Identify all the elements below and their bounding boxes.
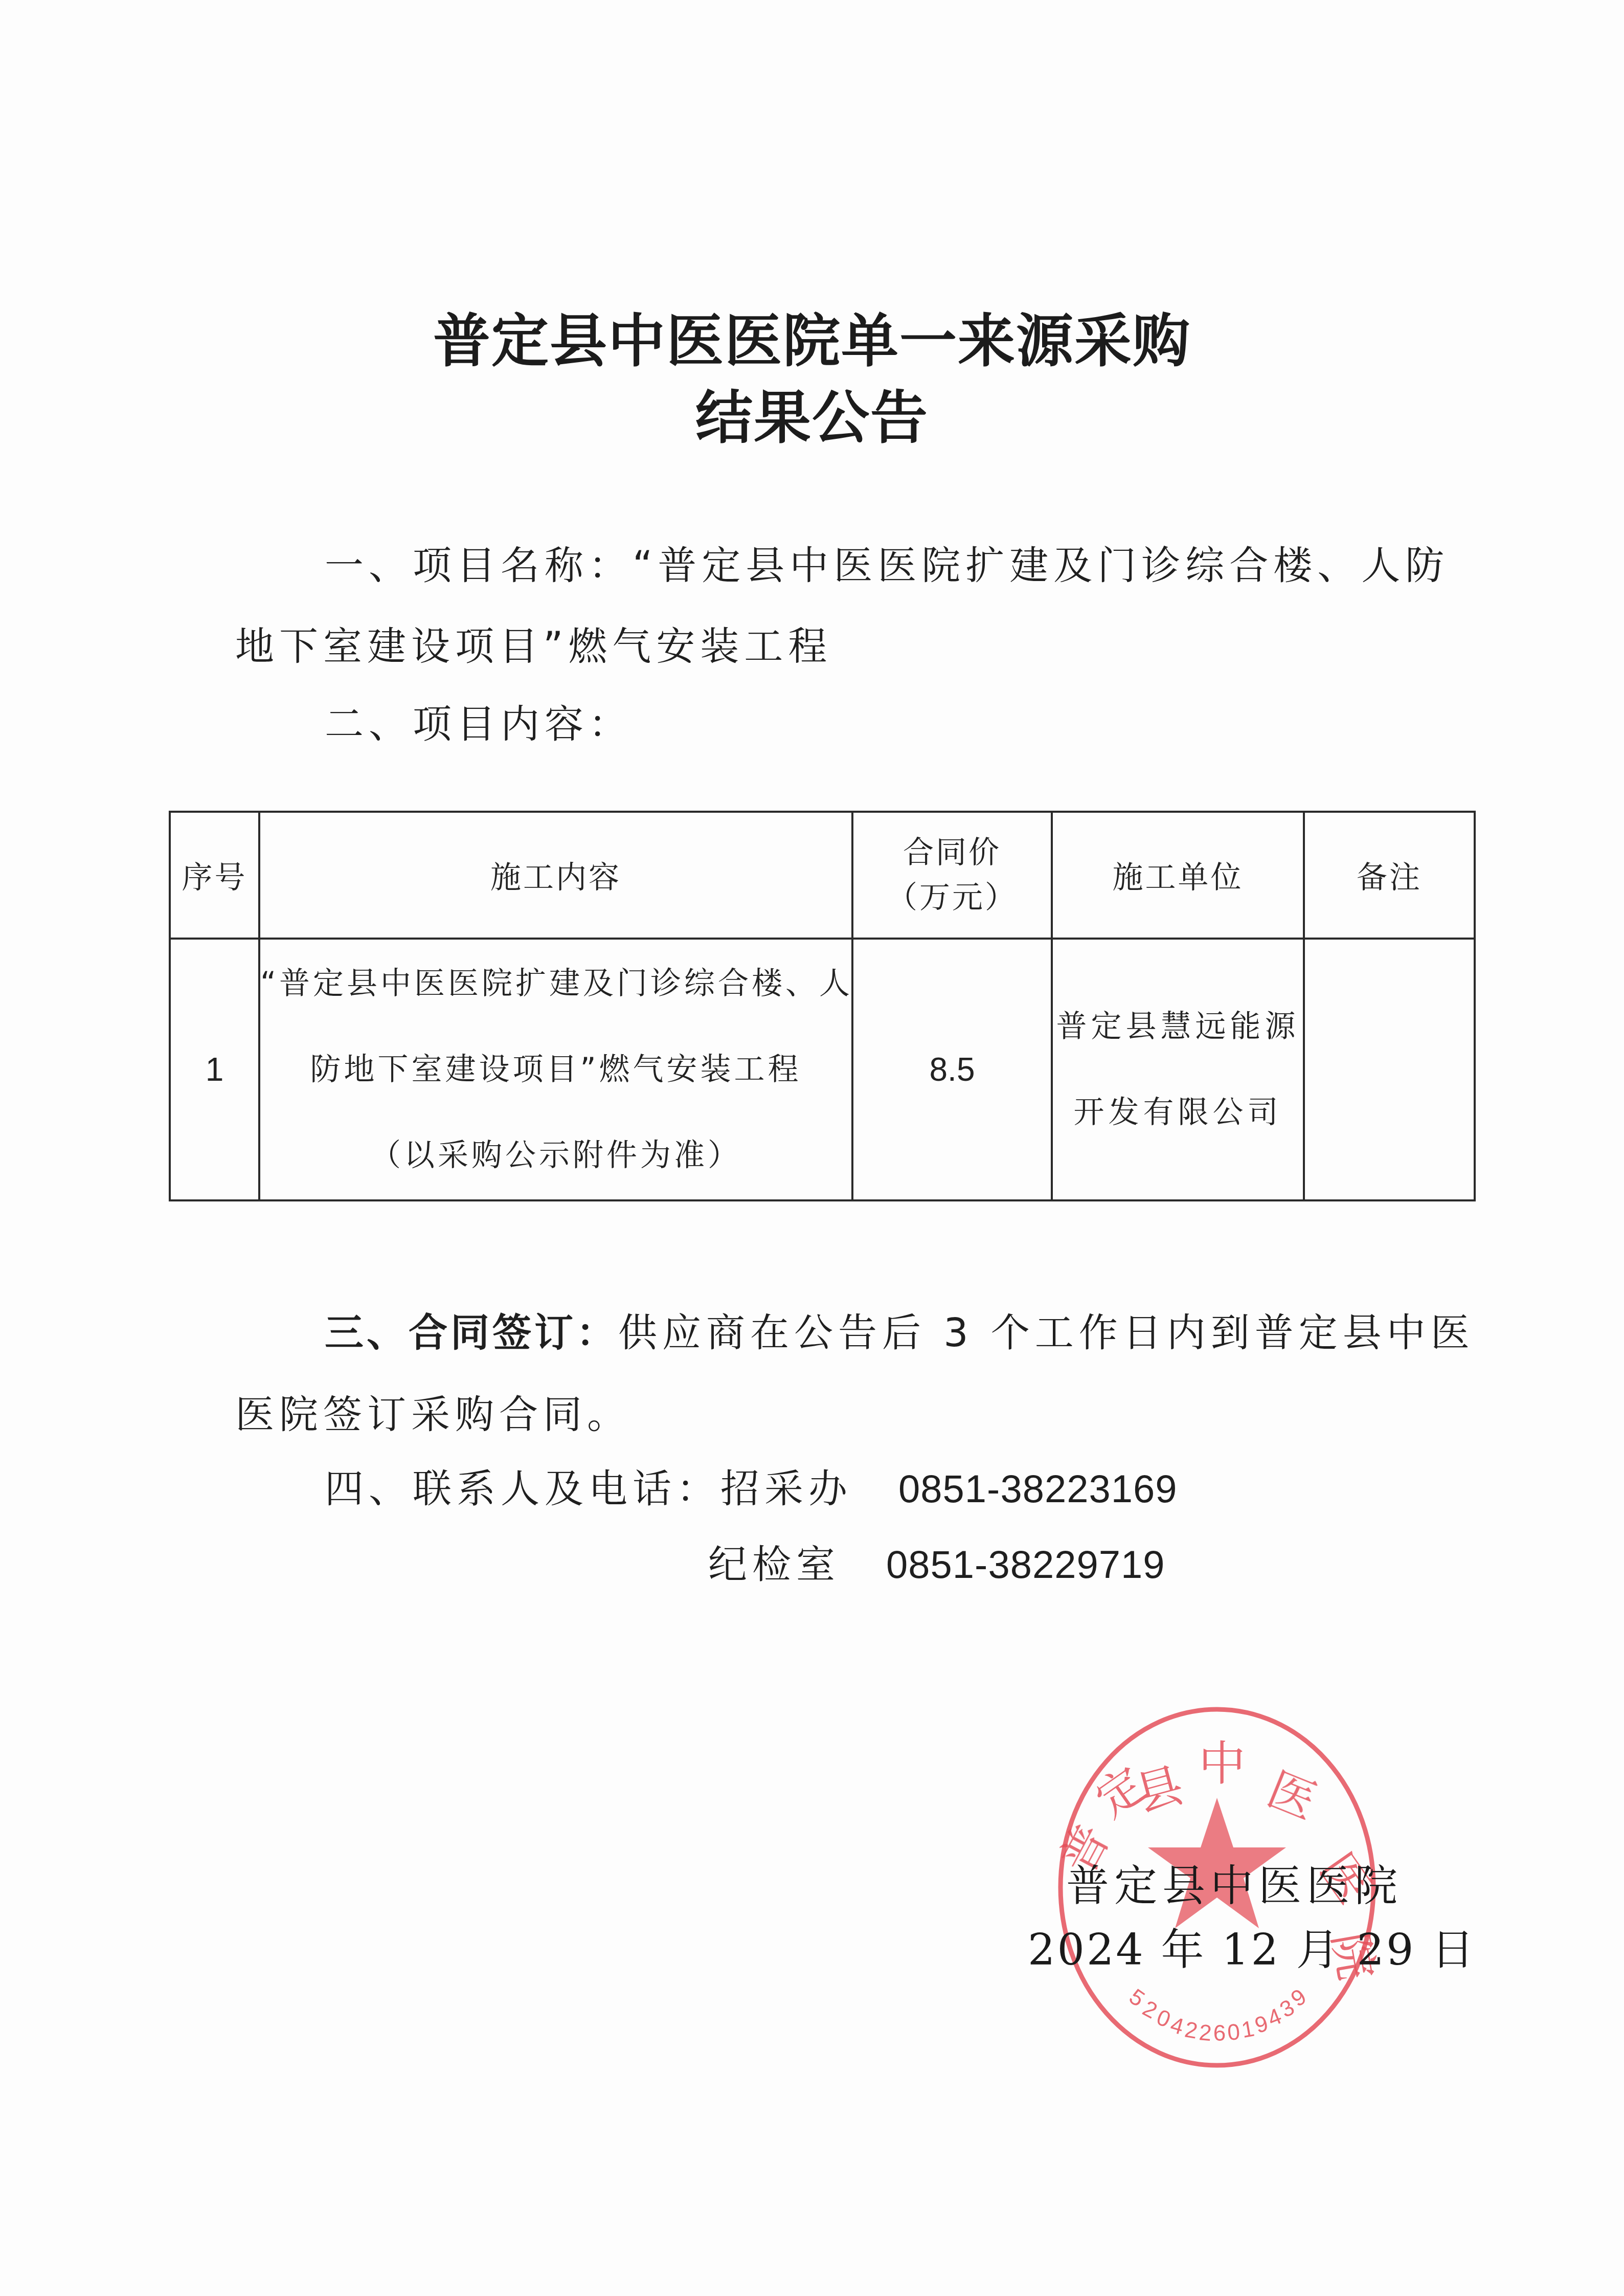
project-name-value: “普定县中医医院扩建及门诊综合楼、人防: [633, 543, 1449, 588]
document-title-line2: 结果公告: [0, 372, 1624, 455]
section-label: 三、合同签订：: [325, 1310, 618, 1355]
cell-contractor-line1: 普定县慧远能源: [1053, 984, 1303, 1069]
svg-text:医: 医: [1260, 1762, 1324, 1830]
contract-signing-text: 供应商在公告后 3 个工作日内到普定县中医: [618, 1310, 1475, 1355]
header-price-label: 合同价: [853, 830, 1051, 875]
signature-organization: 普定县中医医院: [1066, 1852, 1403, 1913]
cell-contractor-line2: 开发有限公司: [1053, 1069, 1303, 1155]
table-header-row: 序号 施工内容 合同价 （万元） 施工单位 备注: [170, 812, 1475, 939]
contract-signing-text-cont: 医院签订采购合同。: [235, 1384, 631, 1439]
section-project-name: 一、项目名称：“普定县中医医院扩建及门诊综合楼、人防: [325, 534, 1449, 590]
contact-dept: 招采办: [720, 1466, 852, 1511]
header-price: 合同价 （万元）: [852, 812, 1052, 939]
header-content: 施工内容: [259, 812, 852, 939]
table-row: 1 “普定县中医医院扩建及门诊综合楼、人 防地下室建设项目”燃气安装工程 （以采…: [170, 939, 1475, 1200]
header-seq: 序号: [170, 812, 259, 939]
header-price-unit: （万元）: [853, 875, 1051, 920]
svg-text:中: 中: [1199, 1736, 1246, 1791]
section-label: 一、项目名称：: [325, 543, 633, 588]
document-title-line1: 普定县中医医院单一来源采购: [0, 296, 1624, 378]
cell-content-line1: “普定县中医医院扩建及门诊综合楼、人: [260, 941, 851, 1027]
section-contract-signing: 三、合同签订：供应商在公告后 3 个工作日内到普定县中医: [325, 1302, 1475, 1357]
cell-contractor: 普定县慧远能源 开发有限公司: [1052, 939, 1304, 1200]
contact-phone: 0851-38223169: [898, 1467, 1178, 1511]
cell-content-line3: （以采购公示附件为准）: [260, 1112, 851, 1198]
project-name-value-cont: 地下室建设项目”燃气安装工程: [235, 615, 832, 671]
section-project-content: 二、项目内容：: [325, 693, 633, 749]
svg-text:2: 2: [1198, 2020, 1213, 2046]
contact-phone: 0851-38229719: [886, 1543, 1165, 1587]
contact-row: 纪检室0851-38229719: [708, 1533, 1165, 1589]
contact-dept: 纪检室: [708, 1542, 840, 1587]
section-label: 四、联系人及电话：: [325, 1466, 720, 1511]
procurement-table: 序号 施工内容 合同价 （万元） 施工单位 备注 1 “普定县中医医院扩建及门诊…: [169, 811, 1476, 1201]
cell-remarks: [1304, 939, 1475, 1200]
header-contractor: 施工单位: [1052, 812, 1304, 939]
svg-text:0: 0: [1226, 2019, 1241, 2045]
signature-date: 2024 年 12 月 29 日: [1028, 1915, 1476, 1977]
cell-price: 8.5: [852, 939, 1052, 1200]
cell-content-line2: 防地下室建设项目”燃气安装工程: [260, 1027, 851, 1112]
header-remarks: 备注: [1304, 812, 1475, 939]
svg-text:6: 6: [1213, 2021, 1226, 2046]
cell-content: “普定县中医医院扩建及门诊综合楼、人 防地下室建设项目”燃气安装工程 （以采购公…: [259, 939, 852, 1200]
document-page: 普定县中医医院单一来源采购 结果公告 一、项目名称：“普定县中医医院扩建及门诊综…: [0, 0, 1624, 2296]
svg-text:2: 2: [1183, 2017, 1200, 2044]
cell-seq: 1: [170, 939, 259, 1200]
section-contacts: 四、联系人及电话：招采办0851-38223169: [325, 1458, 1178, 1513]
